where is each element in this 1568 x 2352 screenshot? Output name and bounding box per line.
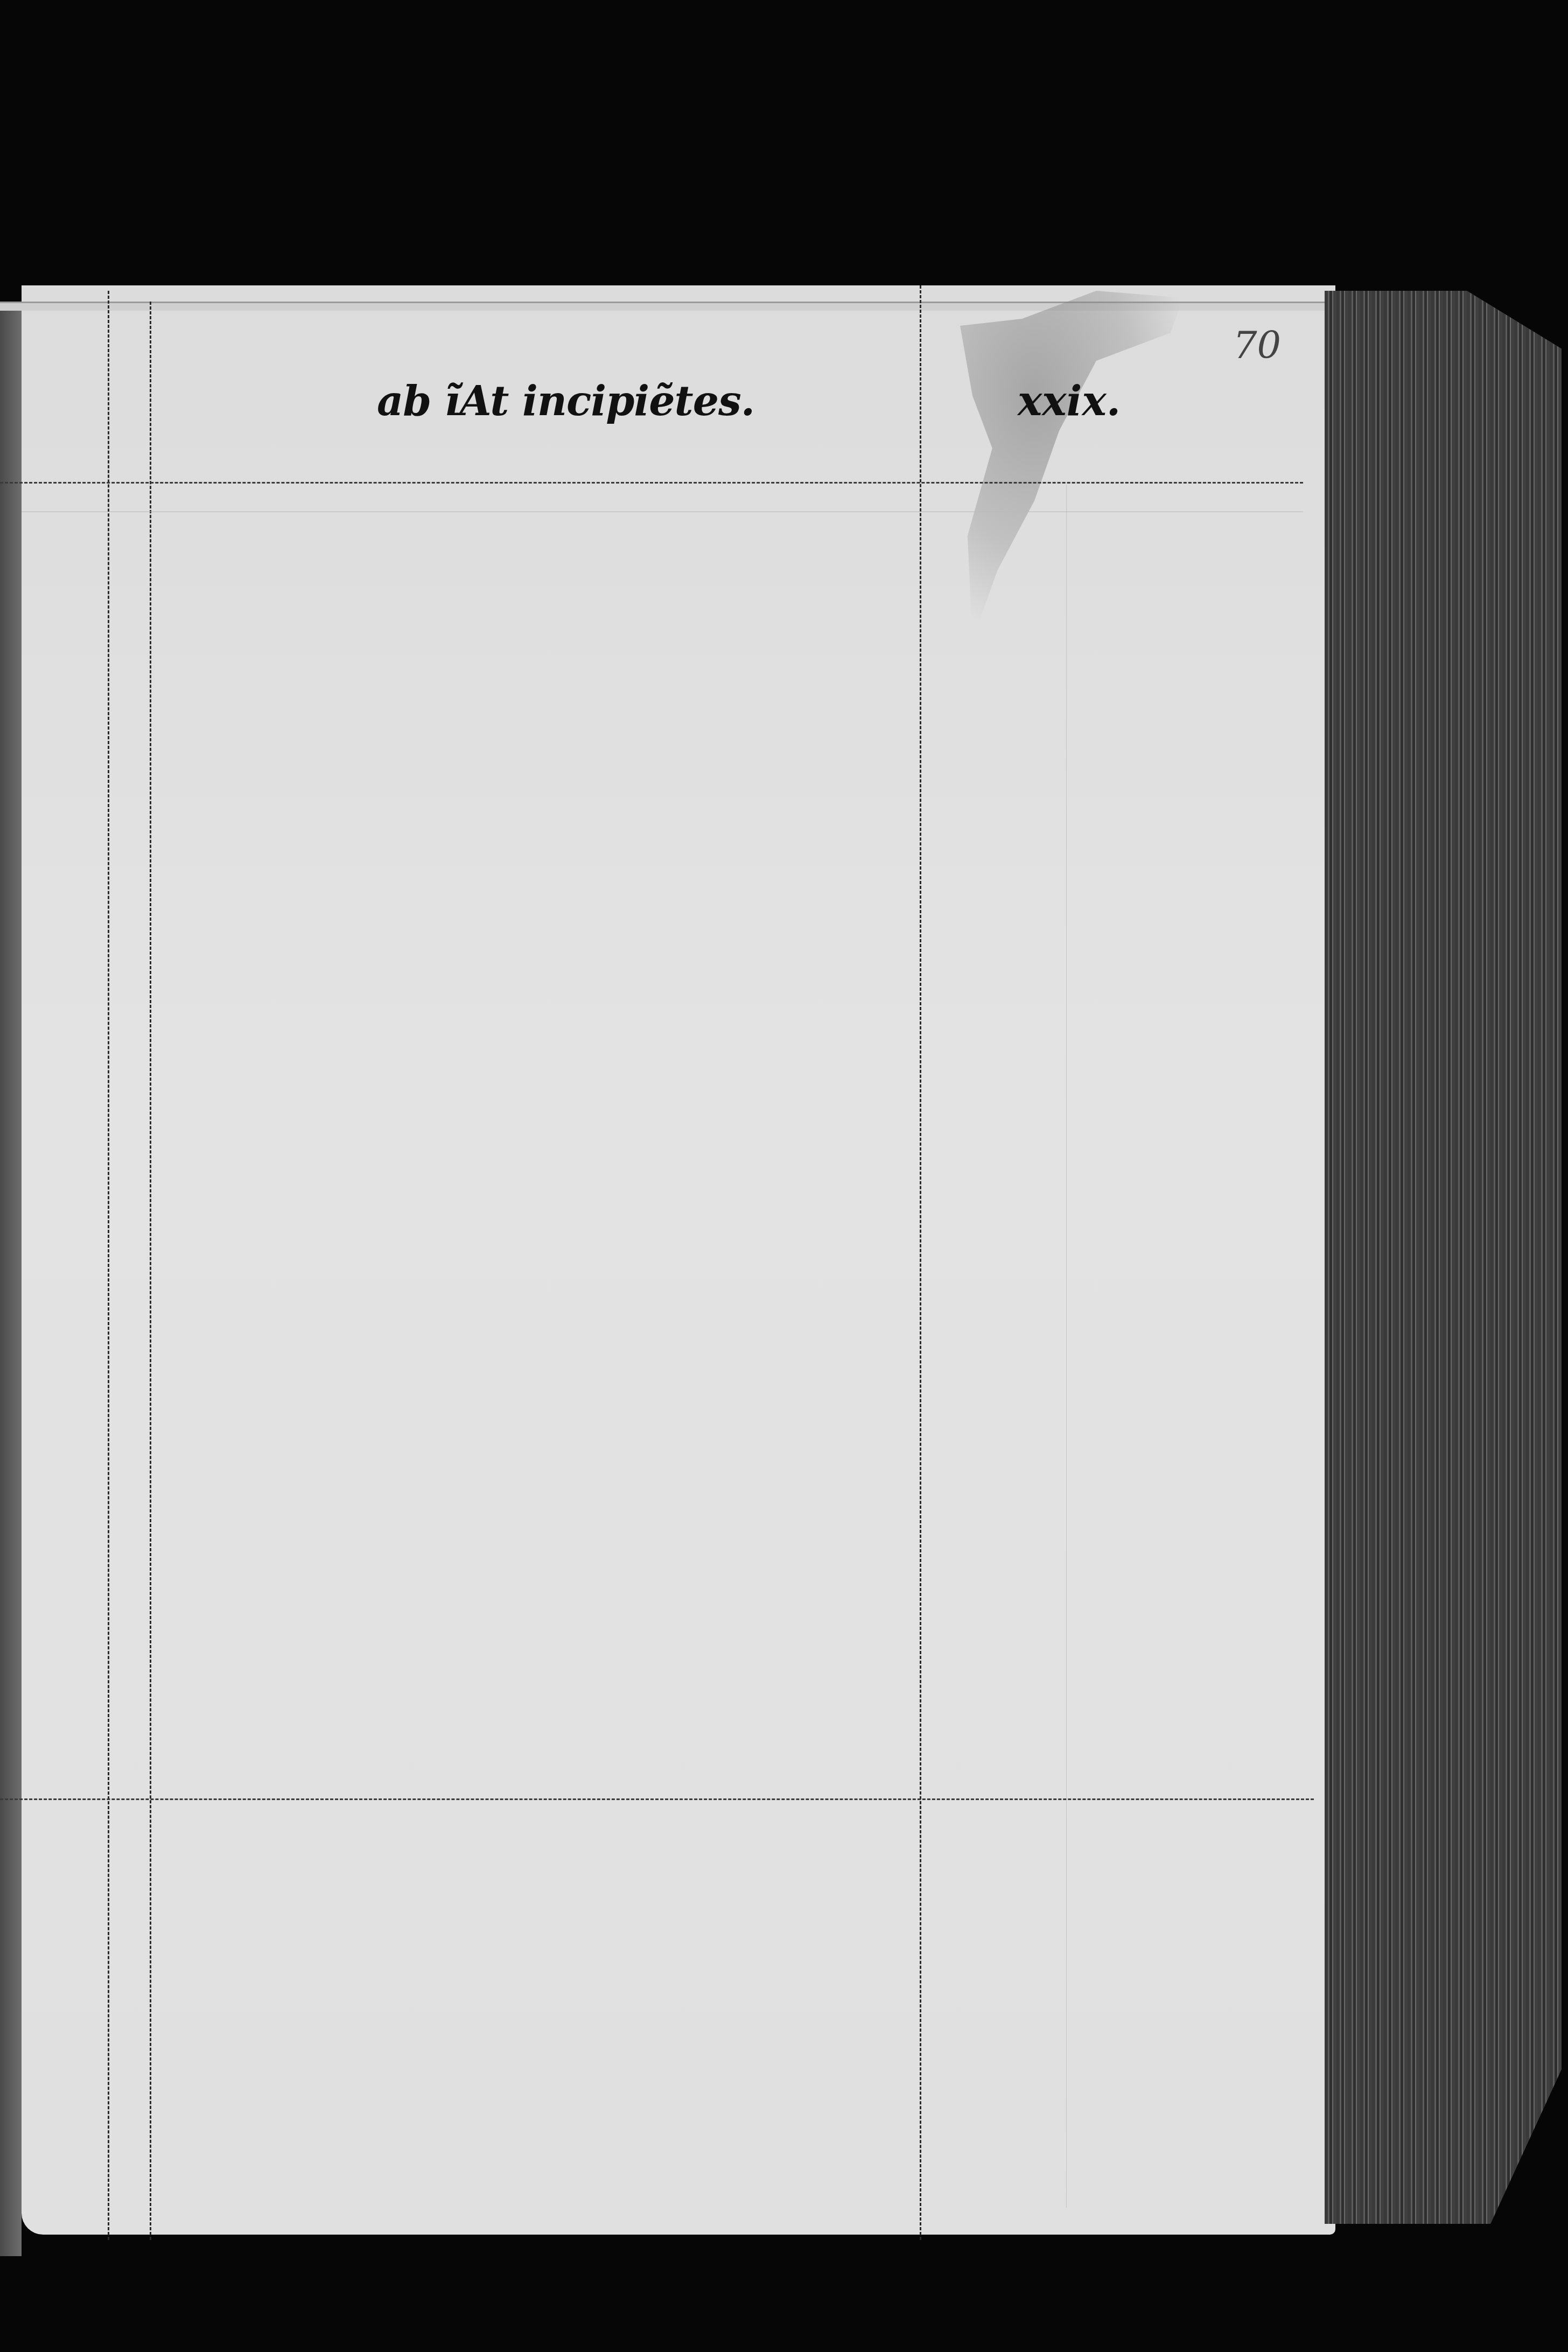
- ruling-line-left-inner: [150, 302, 151, 2240]
- pencil-foliation: 70: [1233, 323, 1281, 367]
- ruling-line-head: [0, 482, 1303, 484]
- ruling-line-margin: [1066, 485, 1067, 2208]
- ruling-line-left-outer: [108, 291, 109, 2240]
- folio-number: xxix.: [1018, 377, 1121, 425]
- running-head: ab ĩAt incipiẽtes.: [377, 377, 754, 425]
- ruling-line-head-faint: [22, 512, 1303, 512]
- book-fore-edge: [1325, 291, 1562, 2224]
- book-page: [22, 285, 1335, 2235]
- ruling-line-foot: [0, 1798, 1314, 1800]
- ruling-line-column-divider: [920, 285, 921, 2240]
- adjacent-leaf-edge: [0, 307, 22, 2256]
